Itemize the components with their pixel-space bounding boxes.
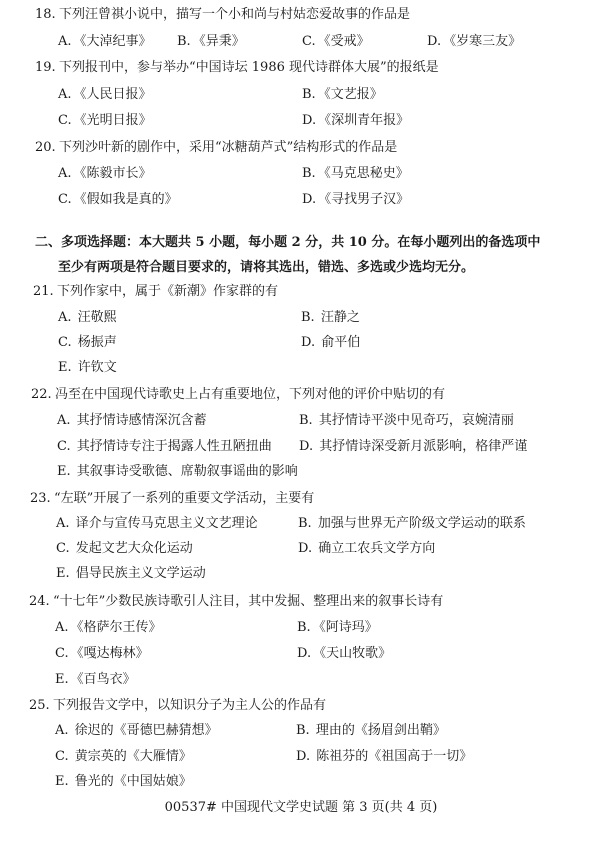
option-a: A.《人民日报》 (58, 87, 152, 103)
option-b: B.《阿诗玛》 (297, 620, 378, 636)
question-22: 22.冯至在中国现代诗歌史上占有重要地位，下列对他的评价中贴切的有 (31, 387, 445, 403)
question-stem: 下列作家中，属于《新潮》作家群的有 (57, 284, 278, 299)
option-b: B. 理由的《扬眉剑出鞘》 (296, 723, 446, 739)
question-number: 25. (29, 698, 53, 714)
option-c: C. 其抒情诗专注于揭露人性丑陋扭曲 (57, 439, 272, 455)
option-b: B. 其抒情诗平淡中见奇巧，哀婉清丽 (299, 413, 514, 429)
option-c: C. 杨振声 (58, 335, 117, 351)
option-a: A. 徐迟的《哥德巴赫猜想》 (55, 723, 218, 739)
option-c: C. 发起文艺大众化运动 (56, 541, 193, 557)
question-25: 25.下列报告文学中，以知识分子为主人公的作品有 (29, 698, 326, 714)
option-c: C.《假如我是真的》 (58, 192, 178, 208)
question-number: 21. (33, 284, 57, 300)
option-a: A. 汪敬熙 (58, 310, 117, 326)
option-c: C.《嘎达梅林》 (55, 646, 149, 662)
option-a: A. 译介与宣传马克思主义文艺理论 (56, 516, 258, 532)
question-stem: 冯至在中国现代诗歌史上占有重要地位，下列对他的评价中贴切的有 (55, 387, 445, 402)
option-d: D. 俞平伯 (301, 335, 360, 351)
section-heading-line2: 至少有两项是符合题目要求的，请将其选出，错选、多选或少选均无分。 (58, 260, 474, 276)
question-19: 19.下列报刊中，参与举办“中国诗坛 1986 现代诗群体大展”的报纸是 (35, 60, 439, 76)
question-stem: 下列报刊中，参与举办“中国诗坛 1986 现代诗群体大展”的报纸是 (59, 60, 439, 75)
option-e: E.《百鸟衣》 (55, 672, 136, 688)
question-stem: 下列汪曾祺小说中，描写一个小和尚与村姑恋爱故事的作品是 (59, 7, 410, 22)
option-d: D.《岁寒三友》 (427, 34, 521, 50)
question-number: 23. (30, 491, 54, 507)
question-stem: “左联”开展了一系列的重要文学活动，主要有 (54, 491, 314, 506)
question-20: 20.下列沙叶新的剧作中，采用“冰糖葫芦式”结构形式的作品是 (35, 140, 397, 156)
option-d: D. 确立工农兵文学方向 (298, 541, 435, 557)
page-footer: 00537# 中国现代文学史试题 第 3 页(共 4 页) (0, 800, 602, 816)
option-d: D.《天山牧歌》 (297, 646, 391, 662)
question-number: 19. (35, 60, 59, 76)
question-stem: 下列沙叶新的剧作中，采用“冰糖葫芦式”结构形式的作品是 (59, 140, 397, 155)
option-d: D.《深圳青年报》 (302, 113, 409, 129)
option-e: E. 许钦文 (58, 360, 117, 376)
question-18: 18.下列汪曾祺小说中，描写一个小和尚与村姑恋爱故事的作品是 (35, 7, 410, 23)
question-24: 24.“十七年”少数民族诗歌引人注目，其中发掘、整理出来的叙事长诗有 (29, 594, 443, 610)
section-heading-line1: 二、多项选择题：本大题共 5 小题，每小题 2 分，共 10 分。在每小题列出的… (35, 235, 540, 251)
option-a: A.《陈毅市长》 (58, 166, 152, 182)
option-b: B. 汪静之 (301, 310, 360, 326)
option-d: D. 陈祖芬的《祖国高于一切》 (296, 749, 472, 765)
option-d: D. 其抒情诗深受新月派影响，格律严谨 (299, 439, 527, 455)
question-stem: 下列报告文学中，以知识分子为主人公的作品有 (53, 698, 326, 713)
option-b: B. 加强与世界无产阶级文学运动的联系 (298, 516, 526, 532)
option-c: C.《光明日报》 (58, 113, 152, 129)
option-b: B.《文艺报》 (302, 87, 383, 103)
option-d: D.《寻找男子汉》 (302, 192, 409, 208)
question-number: 24. (29, 594, 53, 610)
option-b: B.《异秉》 (177, 34, 245, 50)
question-21: 21.下列作家中，属于《新潮》作家群的有 (33, 284, 278, 300)
question-number: 18. (35, 7, 59, 23)
option-e: E. 倡导民族主义文学运动 (56, 566, 206, 582)
question-stem: “十七年”少数民族诗歌引人注目，其中发掘、整理出来的叙事长诗有 (53, 594, 443, 609)
option-e: E. 其叙事诗受歌德、席勒叙事谣曲的影响 (57, 464, 298, 480)
option-e: E. 鲁光的《中国姑娘》 (55, 774, 192, 790)
option-a: A.《格萨尔王传》 (55, 620, 162, 636)
option-a: A. 其抒情诗感情深沉含蓄 (57, 413, 207, 429)
option-b: B.《马克思秘史》 (302, 166, 409, 182)
option-c: C.《受戒》 (302, 34, 370, 50)
question-number: 20. (35, 140, 59, 156)
question-23: 23.“左联”开展了一系列的重要文学活动，主要有 (30, 491, 314, 507)
option-c: C. 黄宗英的《大雁情》 (55, 749, 192, 765)
option-a: A.《大淖纪事》 (58, 34, 152, 50)
question-number: 22. (31, 387, 55, 403)
